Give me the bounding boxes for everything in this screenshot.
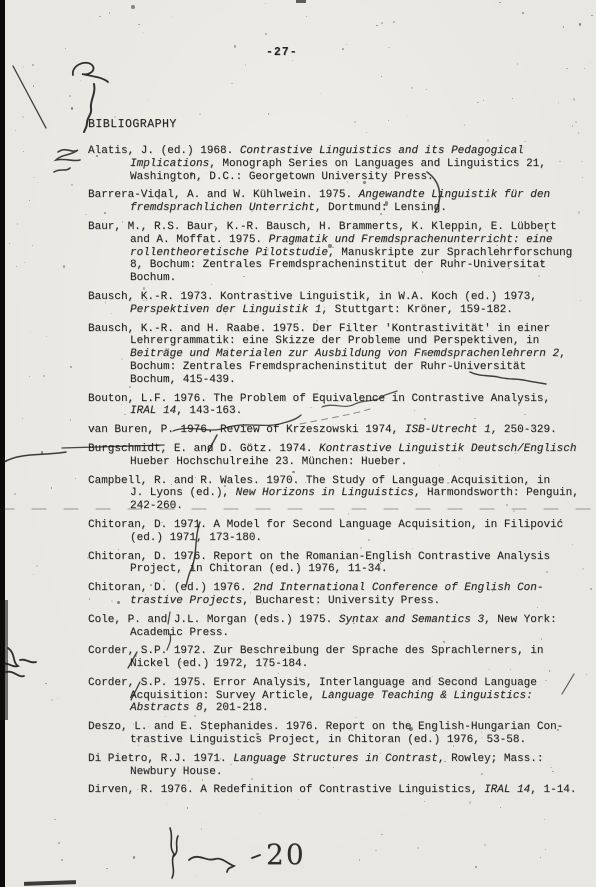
noise-speck — [268, 113, 269, 115]
bib-entry: Bausch, K.-R. and H. Raabe. 1975. Der Fi… — [0, 323, 596, 387]
noise-speck — [71, 107, 73, 109]
noise-speck — [320, 93, 322, 94]
noise-speck — [32, 64, 33, 66]
noise-speck — [106, 868, 108, 869]
noise-speck — [426, 89, 427, 91]
noise-speck — [544, 819, 545, 820]
pen-squiggle-arrow — [189, 855, 260, 872]
noise-speck — [196, 875, 197, 876]
noise-speck — [388, 120, 389, 121]
noise-speck — [138, 24, 140, 25]
noise-speck — [23, 66, 24, 67]
noise-speck — [584, 68, 585, 69]
noise-speck — [234, 45, 236, 48]
noise-speck — [381, 76, 382, 77]
pen-scribble-bottom-left — [170, 828, 178, 878]
noise-speck — [545, 849, 546, 850]
noise-speck — [417, 847, 419, 848]
noise-speck — [381, 22, 383, 24]
noise-speck — [65, 48, 66, 49]
noise-speck — [69, 95, 71, 97]
pen-diagonal-stroke — [13, 66, 46, 128]
bib-entry: Alatis, J. (ed.) 1968. Contrastive Lingu… — [0, 145, 596, 183]
page-number-bottom: 20 — [266, 838, 306, 871]
noise-speck — [499, 2, 500, 3]
noise-speck — [61, 859, 63, 861]
noise-speck — [381, 834, 382, 835]
noise-speck — [590, 62, 591, 63]
noise-speck — [512, 98, 513, 99]
noise-speck — [80, 80, 81, 81]
noise-speck — [540, 857, 541, 858]
noise-speck — [58, 842, 60, 844]
noise-speck — [500, 807, 501, 808]
bib-entry: Cole, P. and J.L. Morgan (eds.) 1975. Sy… — [0, 614, 596, 640]
noise-speck — [187, 807, 188, 809]
noise-speck — [522, 12, 524, 14]
noise-speck — [366, 132, 368, 133]
noise-speck — [166, 804, 167, 805]
noise-speck — [484, 844, 486, 847]
noise-speck — [292, 60, 293, 61]
noise-speck — [393, 21, 395, 23]
noise-speck — [33, 85, 34, 86]
noise-speck — [15, 130, 16, 131]
noise-speck — [487, 139, 489, 141]
bibliography-heading: BIBLIOGRAPHY — [88, 118, 177, 131]
noise-speck — [109, 12, 111, 13]
bib-entry: Corder, S.P. 1975. Error Analysis, Inter… — [0, 677, 596, 715]
noise-speck — [388, 47, 389, 49]
noise-speck — [464, 124, 465, 125]
noise-speck — [199, 113, 201, 115]
noise-speck — [306, 16, 307, 17]
noise-speck — [359, 859, 360, 861]
noise-speck — [517, 63, 518, 64]
noise-speck — [524, 141, 525, 142]
noise-speck — [22, 116, 24, 118]
bib-entry: Bausch, K.-R. 1973. Kontrastive Linguist… — [0, 291, 596, 317]
noise-speck — [483, 100, 484, 101]
noise-speck — [259, 813, 261, 815]
bib-entry: Di Pietro, R.J. 1971. Language Structure… — [0, 753, 596, 779]
bib-entry: Barrera-Vidal, A. and W. Kühlwein. 1975.… — [0, 189, 596, 215]
noise-speck — [411, 87, 413, 89]
noise-speck — [475, 866, 476, 868]
noise-speck — [376, 25, 378, 26]
bibliography-entries: Alatis, J. (ed.) 1968. Contrastive Lingu… — [0, 145, 596, 803]
noise-speck — [407, 115, 408, 116]
noise-speck — [245, 64, 246, 66]
page-number-top: -27- — [266, 46, 298, 59]
noise-speck — [575, 121, 577, 123]
noise-speck — [54, 819, 56, 820]
noise-speck — [131, 5, 135, 9]
scanned-bibliography-page: -27- BIBLIOGRAPHY Alatis, J. (ed.) 1968.… — [0, 0, 596, 887]
noise-speck — [231, 83, 233, 84]
noise-speck — [342, 48, 344, 50]
bib-entry: Chitoran, D. 1976. Report on the Romania… — [0, 551, 596, 577]
noise-speck — [558, 102, 559, 103]
noise-speck — [591, 15, 593, 16]
bib-entry: Baur, M., R.S. Baur, K.-R. Bausch, H. Br… — [0, 221, 596, 285]
scan-edge-bottom — [24, 880, 76, 886]
noise-speck — [354, 121, 356, 123]
pen-loop-scribble — [73, 63, 108, 82]
noise-speck — [172, 16, 174, 18]
bib-entry: Bouton, L.F. 1976. The Problem of Equiva… — [0, 393, 596, 419]
noise-speck — [573, 98, 575, 100]
noise-speck — [375, 850, 377, 851]
scan-edge-top-speck — [296, 0, 306, 3]
noise-speck — [566, 68, 568, 69]
bib-entry: Deszo, L. and E. Stephanides. 1976. Repo… — [0, 721, 596, 747]
noise-speck — [201, 828, 203, 829]
noise-speck — [578, 132, 579, 134]
noise-speck — [579, 23, 582, 26]
bib-entry: Burgschmidt, E. and D. Götz. 1974. Kontr… — [0, 443, 596, 469]
noise-speck — [265, 3, 266, 4]
noise-speck — [563, 26, 564, 28]
noise-speck — [265, 33, 267, 35]
noise-speck — [133, 856, 135, 859]
noise-speck — [99, 16, 100, 17]
noise-speck — [143, 32, 144, 33]
bib-entry: Chitoran, D. (ed.) 1976. 2nd Internation… — [0, 582, 596, 608]
bib-entry: Dirven, R. 1976. A Redefinition of Contr… — [0, 784, 596, 797]
bib-entry: Campbell, R. and R. Wales. 1970. The Stu… — [0, 475, 596, 513]
noise-speck — [477, 102, 479, 104]
bib-entry: Corder, S.P. 1972. Zur Beschreibung der … — [0, 645, 596, 671]
bib-entry: van Buren, P. 1976. Review of Krzeszowsk… — [0, 424, 596, 437]
noise-speck — [148, 99, 149, 100]
bib-entry: Chitoran, D. 1971. A Model for Second La… — [0, 519, 596, 545]
noise-speck — [346, 44, 347, 46]
noise-speck — [572, 125, 573, 127]
